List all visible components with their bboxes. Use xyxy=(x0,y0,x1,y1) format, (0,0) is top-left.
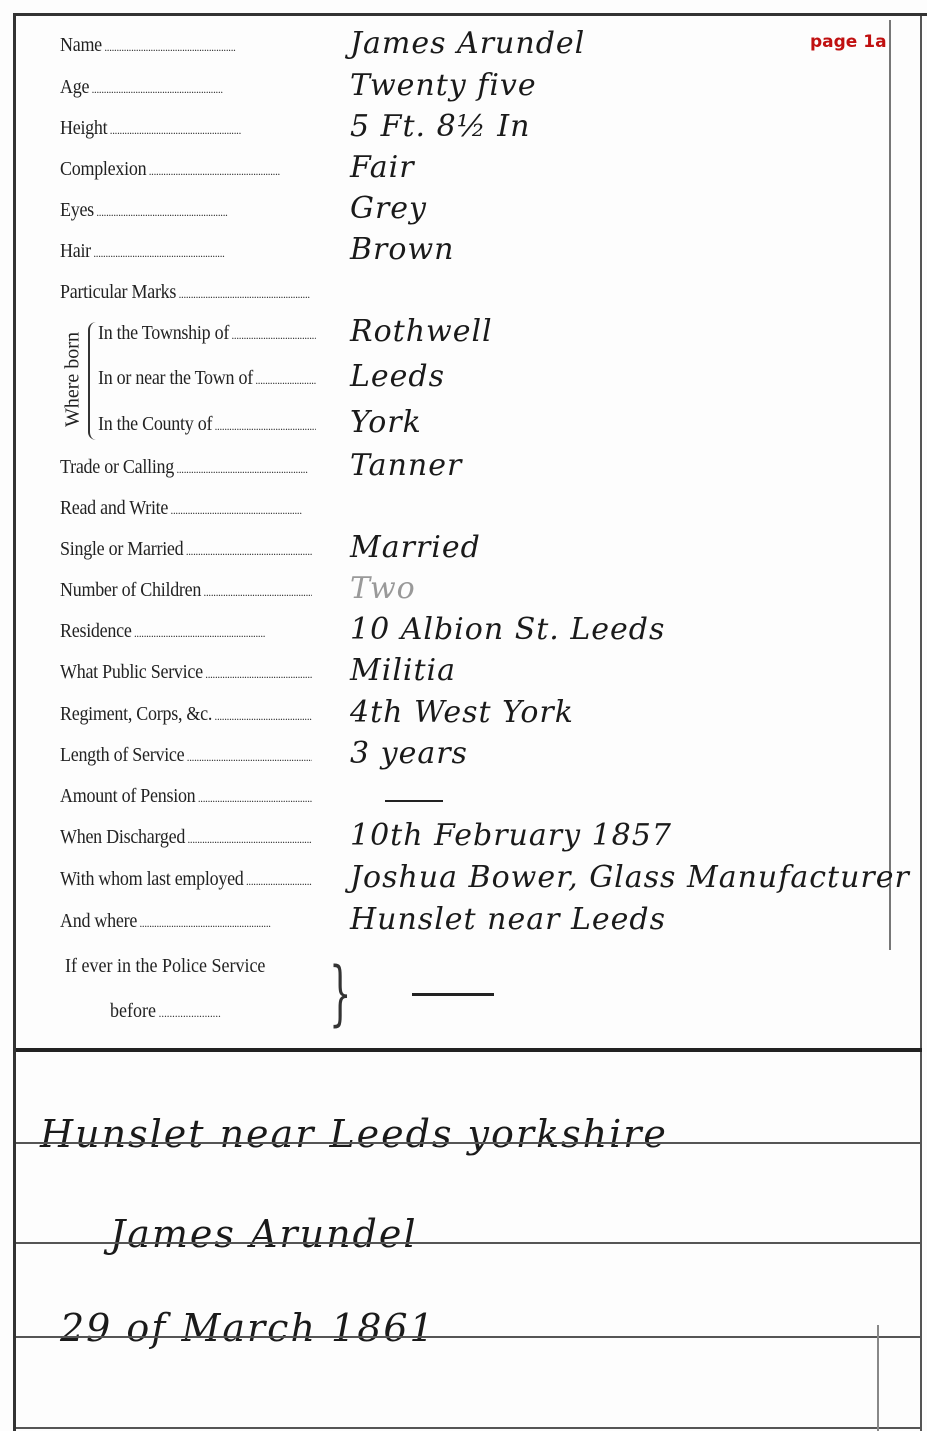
field-value: Hunslet near Leeds xyxy=(350,902,666,937)
field-label: When Discharged xyxy=(60,826,312,849)
field-public-service: What Public Service Militia xyxy=(60,661,340,691)
field-label: Length of Service xyxy=(60,744,312,767)
field-value: 10 Albion St. Leeds xyxy=(350,612,665,647)
field-eyes: Eyes Grey xyxy=(60,199,340,229)
field-label: In the Township of xyxy=(98,322,316,345)
field-value: Leeds xyxy=(350,359,445,394)
margin-rule xyxy=(877,1325,879,1431)
field-town: In or near the Town of Leeds xyxy=(98,367,340,397)
where-born-bracket xyxy=(88,322,98,440)
field-value: 5 Ft. 8½ In xyxy=(350,109,530,144)
field-label: Single or Married xyxy=(60,538,312,561)
frame-top-border xyxy=(13,13,927,16)
field-complexion: Complexion Fair xyxy=(60,158,340,188)
field-label: Trade or Calling xyxy=(60,456,312,479)
police-service-before-label: before xyxy=(110,1000,221,1023)
field-regiment: Regiment, Corps, &c. 4th West York xyxy=(60,703,340,733)
ruled-line xyxy=(16,1336,922,1338)
field-label: Complexion xyxy=(60,158,312,181)
field-discharged: When Discharged 10th February 1857 xyxy=(60,826,340,856)
field-value: York xyxy=(350,405,422,440)
field-value: Militia xyxy=(350,653,456,688)
police-service-brace: } xyxy=(329,958,351,1028)
ruled-line xyxy=(16,1142,922,1144)
field-label: Particular Marks xyxy=(60,281,312,304)
field-last-employer: With whom last employed Joshua Bower, Gl… xyxy=(60,868,340,898)
where-born-label: Where born xyxy=(62,325,85,435)
field-value: Fair xyxy=(350,150,415,185)
field-county: In the County of York xyxy=(98,413,340,443)
field-and-where: And where Hunslet near Leeds xyxy=(60,910,340,940)
ruled-line xyxy=(16,1242,922,1244)
field-value: Brown xyxy=(350,232,454,267)
field-pension: Amount of Pension xyxy=(60,785,340,815)
field-value: Rothwell xyxy=(350,314,493,349)
field-trade: Trade or Calling Tanner xyxy=(60,456,340,486)
field-label: With whom last employed xyxy=(60,868,312,891)
field-label: Number of Children xyxy=(60,579,312,602)
field-marital-status: Single or Married Married xyxy=(60,538,340,568)
signature-name: James Arundel xyxy=(110,1212,418,1256)
signature-date: 29 of March 1861 xyxy=(60,1306,436,1350)
field-value: Two xyxy=(350,571,416,606)
field-label: Height xyxy=(60,117,312,140)
field-value: James Arundel xyxy=(350,26,585,61)
field-value: Twenty five xyxy=(350,68,537,103)
field-hair: Hair Brown xyxy=(60,240,340,270)
field-label: Eyes xyxy=(60,199,312,222)
field-label: Hair xyxy=(60,240,312,263)
page-tag: page 1a xyxy=(810,32,887,52)
ruled-line-bottom xyxy=(16,1427,922,1429)
field-height: Height 5 Ft. 8½ In xyxy=(60,117,340,147)
frame-outer-right-border xyxy=(920,16,922,1431)
field-label: Residence xyxy=(60,620,312,643)
police-service-label: If ever in the Police Service xyxy=(65,955,265,978)
field-label: Regiment, Corps, &c. xyxy=(60,703,312,726)
frame-left-border xyxy=(13,13,16,1431)
field-value: 4th West York xyxy=(350,695,574,730)
field-label: In the County of xyxy=(98,413,316,436)
field-label: Amount of Pension xyxy=(60,785,312,808)
field-value: 10th February 1857 xyxy=(350,818,672,853)
field-label: Age xyxy=(60,76,312,99)
field-particular-marks: Particular Marks xyxy=(60,281,340,311)
field-value: 3 years xyxy=(350,736,468,771)
field-label: And where xyxy=(60,910,312,933)
field-label: What Public Service xyxy=(60,661,312,684)
where-born-heading: Where born xyxy=(58,328,88,438)
field-length-of-service: Length of Service 3 years xyxy=(60,744,340,774)
frame-right-border xyxy=(889,20,891,950)
field-value: Tanner xyxy=(350,448,462,483)
field-residence: Residence 10 Albion St. Leeds xyxy=(60,620,340,650)
police-service-dash xyxy=(412,993,494,996)
field-value: Joshua Bower, Glass Manufacturer xyxy=(350,860,910,895)
field-township: In the Township of Rothwell xyxy=(98,322,340,352)
field-label: Read and Write xyxy=(60,497,312,520)
field-read-write: Read and Write xyxy=(60,497,340,527)
field-label: Name xyxy=(60,34,312,57)
field-value: Married xyxy=(350,530,481,565)
police-record-page: page 1a Name James Arundel Age Twenty fi… xyxy=(0,0,927,1431)
field-age: Age Twenty five xyxy=(60,76,340,106)
field-children: Number of Children Two xyxy=(60,579,340,609)
field-value: Grey xyxy=(350,191,427,226)
field-label: In or near the Town of xyxy=(98,367,316,390)
signature-location: Hunslet near Leeds yorkshire xyxy=(40,1112,668,1156)
field-name: Name James Arundel xyxy=(60,34,340,64)
section-divider xyxy=(16,1048,922,1052)
pension-dash xyxy=(385,800,443,802)
